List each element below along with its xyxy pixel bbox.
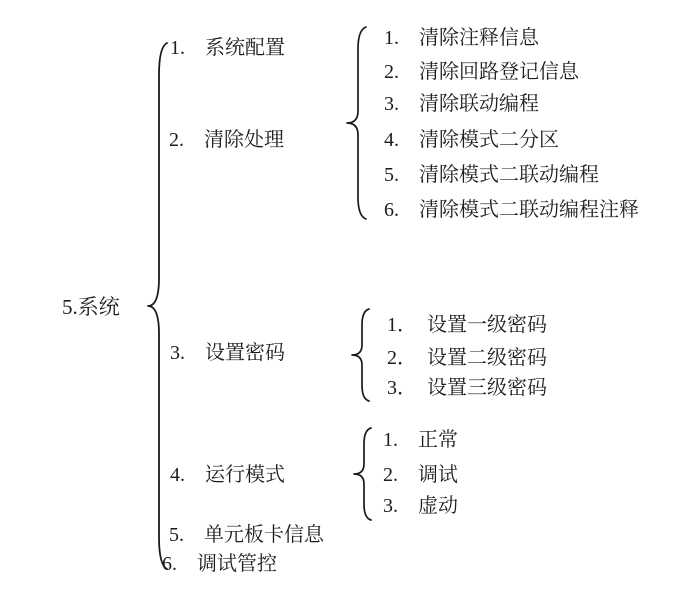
menu-item-number: 6. <box>162 553 197 575</box>
submenu-item-number: 3. <box>383 495 418 517</box>
root-label-system: 5.系统 <box>62 296 120 319</box>
password-item-level3: 3． 设置三级密码 <box>387 377 547 399</box>
submenu-item-label: 虚动 <box>418 495 458 517</box>
submenu-item-label: 调试 <box>418 464 458 486</box>
menu-item-system-config: 1. 系统配置 <box>170 37 285 59</box>
password-submenu-brace <box>350 307 372 403</box>
clear-item-annotation-info: 1. 清除注释信息 <box>384 27 539 49</box>
clear-item-mode2-partition: 4. 清除模式二分区 <box>384 129 559 151</box>
menu-item-number: 2. <box>169 129 204 151</box>
menu-tree-diagram: 5.系统 1. 系统配置 2. 清除处理 3. 设置密码 4. 运行模式 5. … <box>0 0 686 600</box>
submenu-item-number: 5. <box>384 164 419 186</box>
root-brace <box>146 41 170 571</box>
submenu-item-label: 清除联动编程 <box>419 93 539 115</box>
password-item-level2: 2． 设置二级密码 <box>387 347 547 369</box>
submenu-item-label: 清除模式二联动编程注释 <box>419 199 639 221</box>
menu-item-number: 5. <box>169 524 204 546</box>
submenu-item-number: 3. <box>384 93 419 115</box>
clear-item-loop-registration: 2. 清除回路登记信息 <box>384 61 579 83</box>
clear-item-mode2-linkage-annotation: 6. 清除模式二联动编程注释 <box>384 199 639 221</box>
submenu-item-number: 1. <box>384 27 419 49</box>
runmode-submenu-brace <box>352 426 374 522</box>
clear-submenu-brace <box>345 25 369 221</box>
menu-item-number: 4. <box>170 464 205 486</box>
menu-item-label: 运行模式 <box>205 464 285 486</box>
menu-item-debug-control: 6. 调试管控 <box>162 553 277 575</box>
submenu-item-number: 2. <box>383 464 418 486</box>
menu-item-label: 调试管控 <box>197 553 277 575</box>
menu-item-run-mode: 4. 运行模式 <box>170 464 285 486</box>
submenu-item-number: 1. <box>383 429 418 451</box>
submenu-item-label: 清除回路登记信息 <box>419 61 579 83</box>
submenu-item-label: 设置一级密码 <box>427 314 547 336</box>
clear-item-mode2-linkage-programming: 5. 清除模式二联动编程 <box>384 164 599 186</box>
submenu-item-number: 3． <box>387 377 427 399</box>
menu-item-label: 系统配置 <box>205 37 285 59</box>
runmode-item-simulated: 3. 虚动 <box>383 495 458 517</box>
submenu-item-number: 6. <box>384 199 419 221</box>
submenu-item-label: 设置二级密码 <box>427 347 547 369</box>
menu-item-label: 清除处理 <box>204 129 284 151</box>
submenu-item-label: 正常 <box>418 429 458 451</box>
password-item-level1: 1． 设置一级密码 <box>387 314 547 336</box>
menu-item-clear-processing: 2. 清除处理 <box>169 129 284 151</box>
submenu-item-number: 2. <box>384 61 419 83</box>
submenu-item-number: 2． <box>387 347 427 369</box>
menu-item-number: 3. <box>170 342 205 364</box>
runmode-item-debug: 2. 调试 <box>383 464 458 486</box>
submenu-item-number: 4. <box>384 129 419 151</box>
submenu-item-label: 清除模式二分区 <box>419 129 559 151</box>
menu-item-number: 1. <box>170 37 205 59</box>
runmode-item-normal: 1. 正常 <box>383 429 458 451</box>
menu-item-label: 设置密码 <box>205 342 285 364</box>
clear-item-linkage-programming: 3. 清除联动编程 <box>384 93 539 115</box>
menu-item-label: 单元板卡信息 <box>204 524 324 546</box>
submenu-item-label: 清除模式二联动编程 <box>419 164 599 186</box>
submenu-item-label: 清除注释信息 <box>419 27 539 49</box>
menu-item-set-password: 3. 设置密码 <box>170 342 285 364</box>
submenu-item-label: 设置三级密码 <box>427 377 547 399</box>
menu-item-unit-board-info: 5. 单元板卡信息 <box>169 524 324 546</box>
submenu-item-number: 1． <box>387 314 427 336</box>
